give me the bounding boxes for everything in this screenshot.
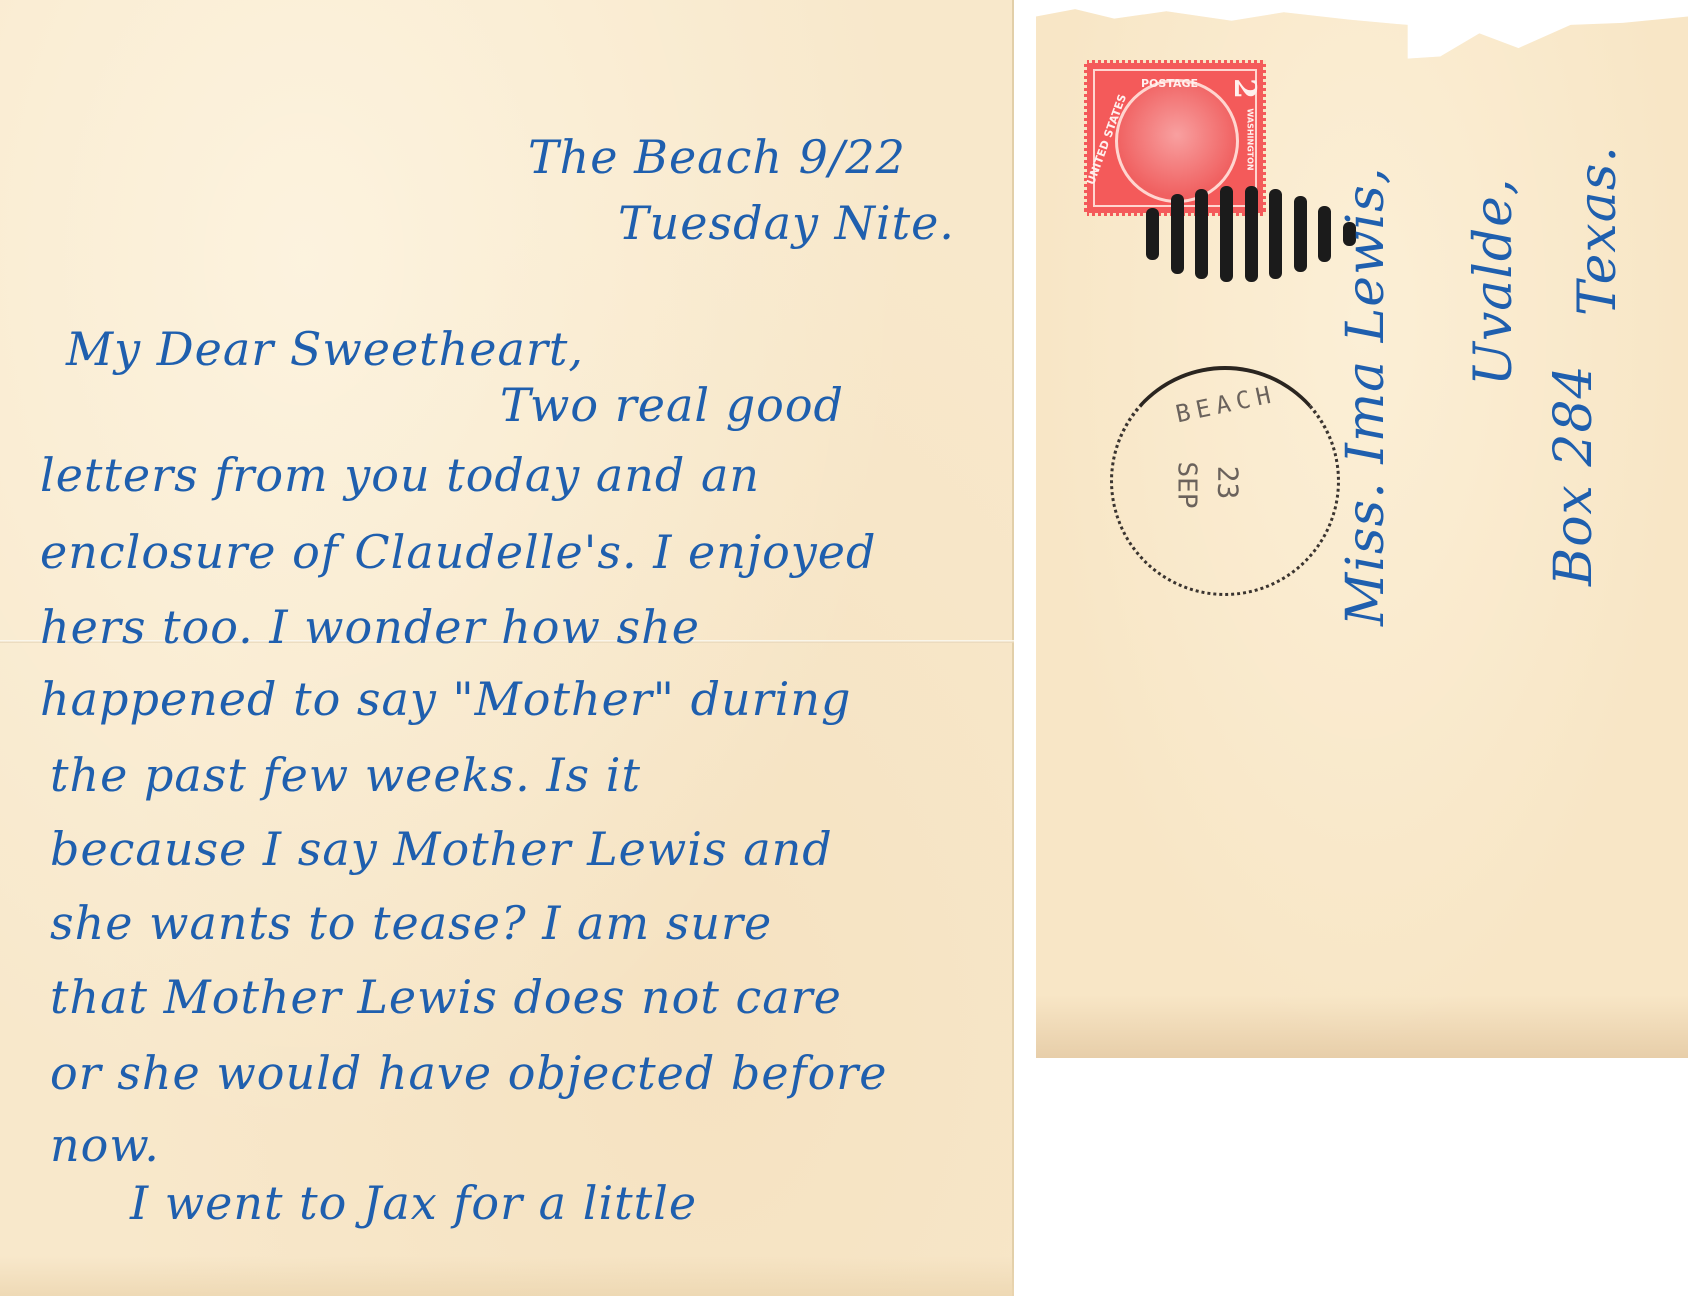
address-name: Miss. Ima Lewis, <box>1336 167 1396 626</box>
postmark-town: BEACH <box>1173 380 1279 429</box>
envelope: POSTAGE UNITED STATES WASHINGTON 2 BEACH… <box>1036 6 1688 1058</box>
stamp-value: 2 <box>1227 78 1262 99</box>
letter-place-date: The Beach 9/22 <box>528 130 906 184</box>
letter-line: or she would have objected before <box>50 1046 888 1100</box>
letter-salutation: My Dear Sweetheart, <box>66 322 584 376</box>
letter-line: letters from you today and an <box>40 448 760 502</box>
address-city: Uvalde, <box>1464 178 1524 386</box>
postmark-circle: BEACH SEP 23 <box>1110 366 1340 596</box>
stamp-top-text: POSTAGE <box>1141 77 1198 90</box>
letter-line: the past few weeks. Is it <box>50 748 641 802</box>
letter-line: now. <box>50 1118 160 1172</box>
cancellation-bars <box>1146 184 1356 284</box>
letter-line: enclosure of Claudelle's. I enjoyed <box>40 525 876 579</box>
address-state: Texas. <box>1568 145 1628 316</box>
letter-line: because I say Mother Lewis and <box>50 822 833 876</box>
letter-line: that Mother Lewis does not care <box>50 970 842 1024</box>
stamp-right-text: WASHINGTON <box>1246 108 1255 170</box>
letter-day: Tuesday Nite. <box>618 196 955 250</box>
letter-line: happened to say "Mother" during <box>40 672 851 726</box>
letter-line: hers too. I wonder how she <box>40 600 700 654</box>
address-box: Box 284 <box>1544 364 1604 586</box>
postmark-month: SEP <box>1171 462 1201 509</box>
letter-page: The Beach 9/22 Tuesday Nite. My Dear Swe… <box>0 0 1014 1296</box>
letter-line: I went to Jax for a little <box>130 1176 697 1230</box>
postmark-day: 23 <box>1211 466 1244 500</box>
paper-shade <box>0 1256 1014 1296</box>
letter-line: Two real good <box>500 378 844 432</box>
letter-line: she wants to tease? I am sure <box>50 896 772 950</box>
